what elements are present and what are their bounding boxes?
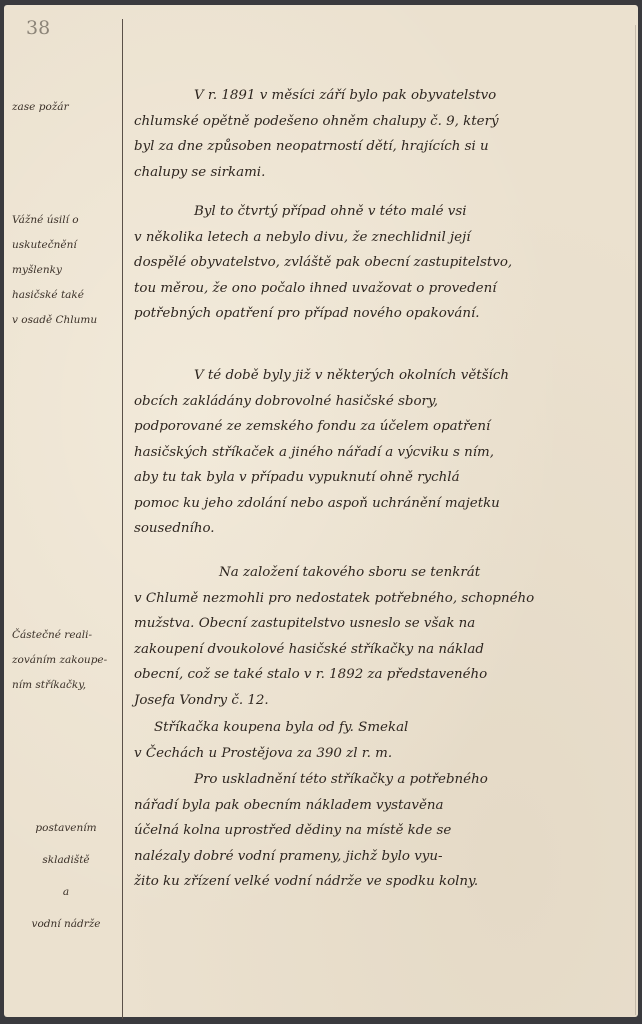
text-line: dospělé obyvatelstvo, zvláště pak obecní… bbox=[134, 250, 630, 276]
margin-note-line: postavením bbox=[12, 812, 120, 844]
margin-rule bbox=[122, 19, 123, 1019]
margin-note-line: vodní nádrže bbox=[12, 908, 120, 940]
text-line: V té době byly již v některých okolních … bbox=[134, 363, 630, 389]
text-line: chlumské opětně podešeno ohněm chalupy č… bbox=[134, 109, 630, 135]
margin-note-line: skladiště bbox=[12, 844, 120, 876]
margin-note-line: zováním zakoupe- bbox=[12, 648, 120, 673]
text-line: chalupy se sirkami. bbox=[134, 160, 630, 186]
text-line: V r. 1891 v měsíci září bylo pak obyvate… bbox=[134, 83, 630, 109]
margin-note-line: ním stříkačky, bbox=[12, 673, 120, 698]
text-line: Na založení takového sboru se tenkrát bbox=[134, 560, 630, 586]
margin-note-partial-realization: Částečné reali- zováním zakoupe- ním stř… bbox=[12, 623, 120, 698]
text-line: zakoupení dvoukolové hasičské stříkačky … bbox=[134, 637, 630, 663]
text-line: obcích zakládány dobrovolné hasičské sbo… bbox=[134, 389, 630, 415]
text-line: Pro uskladnění této stříkačky a potřebné… bbox=[134, 767, 630, 793]
text-line: pomoc ku jeho zdolání nebo aspoň uchráně… bbox=[134, 491, 630, 517]
text-line: Stříkačka koupena byla od fy. Smekal bbox=[134, 715, 630, 741]
margin-note-line: Částečné reali- bbox=[12, 623, 120, 648]
text-line: v Čechách u Prostějova za 390 zl r. m. bbox=[134, 741, 630, 767]
margin-note-line: a bbox=[12, 876, 120, 908]
paragraph-3: V té době byly již v některých okolních … bbox=[134, 363, 630, 542]
margin-note-line: zase požár bbox=[12, 95, 120, 120]
text-line: mužstva. Obecní zastupitelstvo usneslo s… bbox=[134, 611, 630, 637]
text-line: v Chlumě nezmohli pro nedostatek potřebn… bbox=[134, 586, 630, 612]
text-line: v několika letech a nebylo divu, že znec… bbox=[134, 225, 630, 251]
paragraph-6: Pro uskladnění této stříkačky a potřebné… bbox=[134, 767, 630, 895]
margin-note-fire: zase požár bbox=[12, 95, 120, 120]
text-line: nářadí byla pak obecním nákladem vystavě… bbox=[134, 793, 630, 819]
manuscript-page: 38 zase požár Vážné úsilí o uskutečnění … bbox=[4, 5, 638, 1017]
paragraph-5: Stříkačka koupena byla od fy. Smekal v Č… bbox=[134, 715, 630, 766]
text-line: podporované ze zemského fondu za účelem … bbox=[134, 414, 630, 440]
paragraph-1: V r. 1891 v měsíci září bylo pak obyvate… bbox=[134, 83, 630, 185]
text-line: obecní, což se také stalo v r. 1892 za p… bbox=[134, 662, 630, 688]
margin-note-line: Vážné úsilí o bbox=[12, 208, 120, 233]
text-line: žito ku zřízení velké vodní nádrže ve sp… bbox=[134, 869, 630, 895]
text-line: účelná kolna uprostřed dědiny na místě k… bbox=[134, 818, 630, 844]
margin-note-line: hasičské také bbox=[12, 283, 120, 308]
text-line: tou měrou, že ono počalo ihned uvažovat … bbox=[134, 276, 630, 302]
margin-note-line: v osadě Chlumu bbox=[12, 308, 120, 333]
page-edge bbox=[635, 25, 636, 1015]
margin-note-line: myšlenky bbox=[12, 258, 120, 283]
margin-note-storage: postavením skladiště a vodní nádrže bbox=[12, 812, 120, 940]
paragraph-4: Na založení takového sboru se tenkrát v … bbox=[134, 560, 630, 713]
text-line: nalézaly dobré vodní prameny, jichž bylo… bbox=[134, 844, 630, 870]
text-line: hasičských stříkaček a jiného nářadí a v… bbox=[134, 440, 630, 466]
text-line: sousedního. bbox=[134, 516, 630, 542]
text-line: Byl to čtvrtý případ ohně v této malé vs… bbox=[134, 199, 630, 225]
page-number: 38 bbox=[26, 17, 50, 39]
paragraph-2: Byl to čtvrtý případ ohně v této malé vs… bbox=[134, 199, 630, 327]
margin-note-serious-thought: Vážné úsilí o uskutečnění myšlenky hasič… bbox=[12, 208, 120, 333]
margin-note-line: uskutečnění bbox=[12, 233, 120, 258]
text-line: Josefa Vondry č. 12. bbox=[134, 688, 630, 714]
text-line: byl za dne způsoben neopatrností dětí, h… bbox=[134, 134, 630, 160]
text-line: potřebných opatření pro případ nového op… bbox=[134, 301, 630, 327]
text-line: aby tu tak byla v případu vypuknutí ohně… bbox=[134, 465, 630, 491]
